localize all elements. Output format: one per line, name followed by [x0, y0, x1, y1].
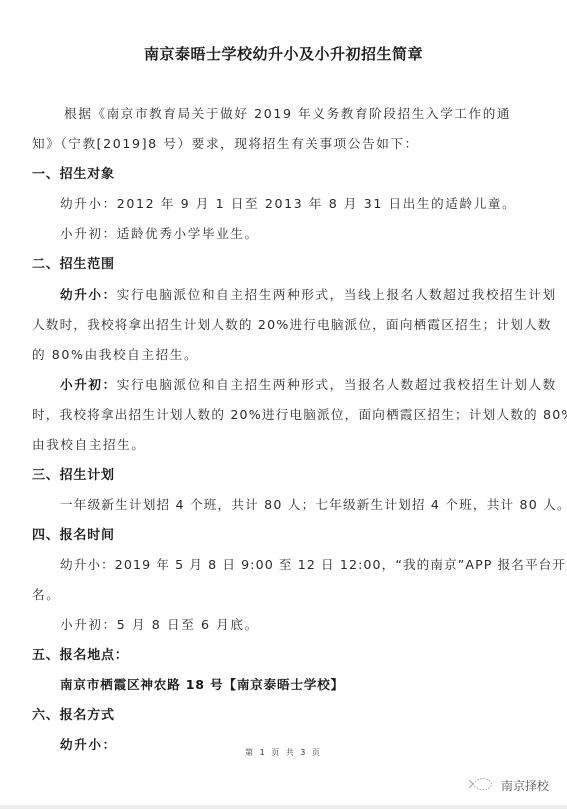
section-heading-time: 四、报名时间	[32, 524, 115, 543]
scope-para1-label: 幼升小：	[60, 287, 117, 302]
scope-para1-line1: 幼升小：实行电脑派位和自主招生两种形式，当线上报名人数超过我校招生计划	[60, 284, 557, 303]
scope-para1-line3: 的 80%由我校自主招生。	[32, 344, 198, 363]
bottom-bar	[0, 805, 567, 809]
time-primary: 小升初：5 月 8 日至 6 月底。	[60, 614, 259, 633]
fish-logo-icon	[469, 776, 495, 795]
scope-para2-label: 小升初：	[60, 377, 117, 392]
scope-para2-line1: 小升初：实行电脑派位和自主招生两种形式，当报名人数超过我校招生计划人数	[60, 374, 557, 393]
intro-line-1: 根据《南京市教育局关于做好 2019 年义务教育阶段招生入学工作的通	[64, 103, 511, 122]
time-kindergarten-line2: 名。	[32, 584, 60, 603]
watermark: 南京择校	[469, 776, 549, 795]
location-address: 南京市栖霞区神农路 18 号【南京泰晤士学校】	[60, 674, 344, 693]
section-heading-method: 六、报名方式	[32, 704, 115, 723]
scope-para1-line2: 人数时，我校将拿出招生计划人数的 20%进行电脑派位，面向栖霞区招生；计划人数	[32, 314, 552, 333]
section-heading-plan: 三、招生计划	[32, 464, 115, 483]
plan-line: 一年级新生计划招 4 个班，共计 80 人；七年级新生计划招 4 个班，共计 8…	[60, 494, 567, 513]
target-kindergarten: 幼升小：2012 年 9 月 1 日至 2013 年 8 月 31 日出生的适龄…	[60, 193, 516, 212]
time-kindergarten-line1: 幼升小：2019 年 5 月 8 日 9:00 至 12 日 12:00，“我的…	[60, 554, 567, 573]
page-number: 第 1 页 共 3 页	[0, 747, 567, 758]
section-heading-location: 五、报名地点：	[32, 644, 129, 663]
section-heading-target: 一、招生对象	[32, 163, 115, 182]
intro-line-2: 知》（宁教[2019]8 号）要求，现将招生有关事项公告如下：	[32, 133, 419, 152]
section-heading-scope: 二、招生范围	[32, 253, 115, 272]
scope-para2-line3: 由我校自主招生。	[32, 434, 146, 453]
document-title: 南京泰晤士学校幼升小及小升初招生简章	[0, 43, 567, 64]
scope-para2-line2: 时，我校将拿出招生计划人数的 20%进行电脑派位，面向栖霞区招生；计划人数的 8…	[32, 404, 567, 423]
watermark-label: 南京择校	[501, 777, 549, 794]
target-primary: 小升初：适龄优秀小学毕业生。	[60, 223, 259, 242]
